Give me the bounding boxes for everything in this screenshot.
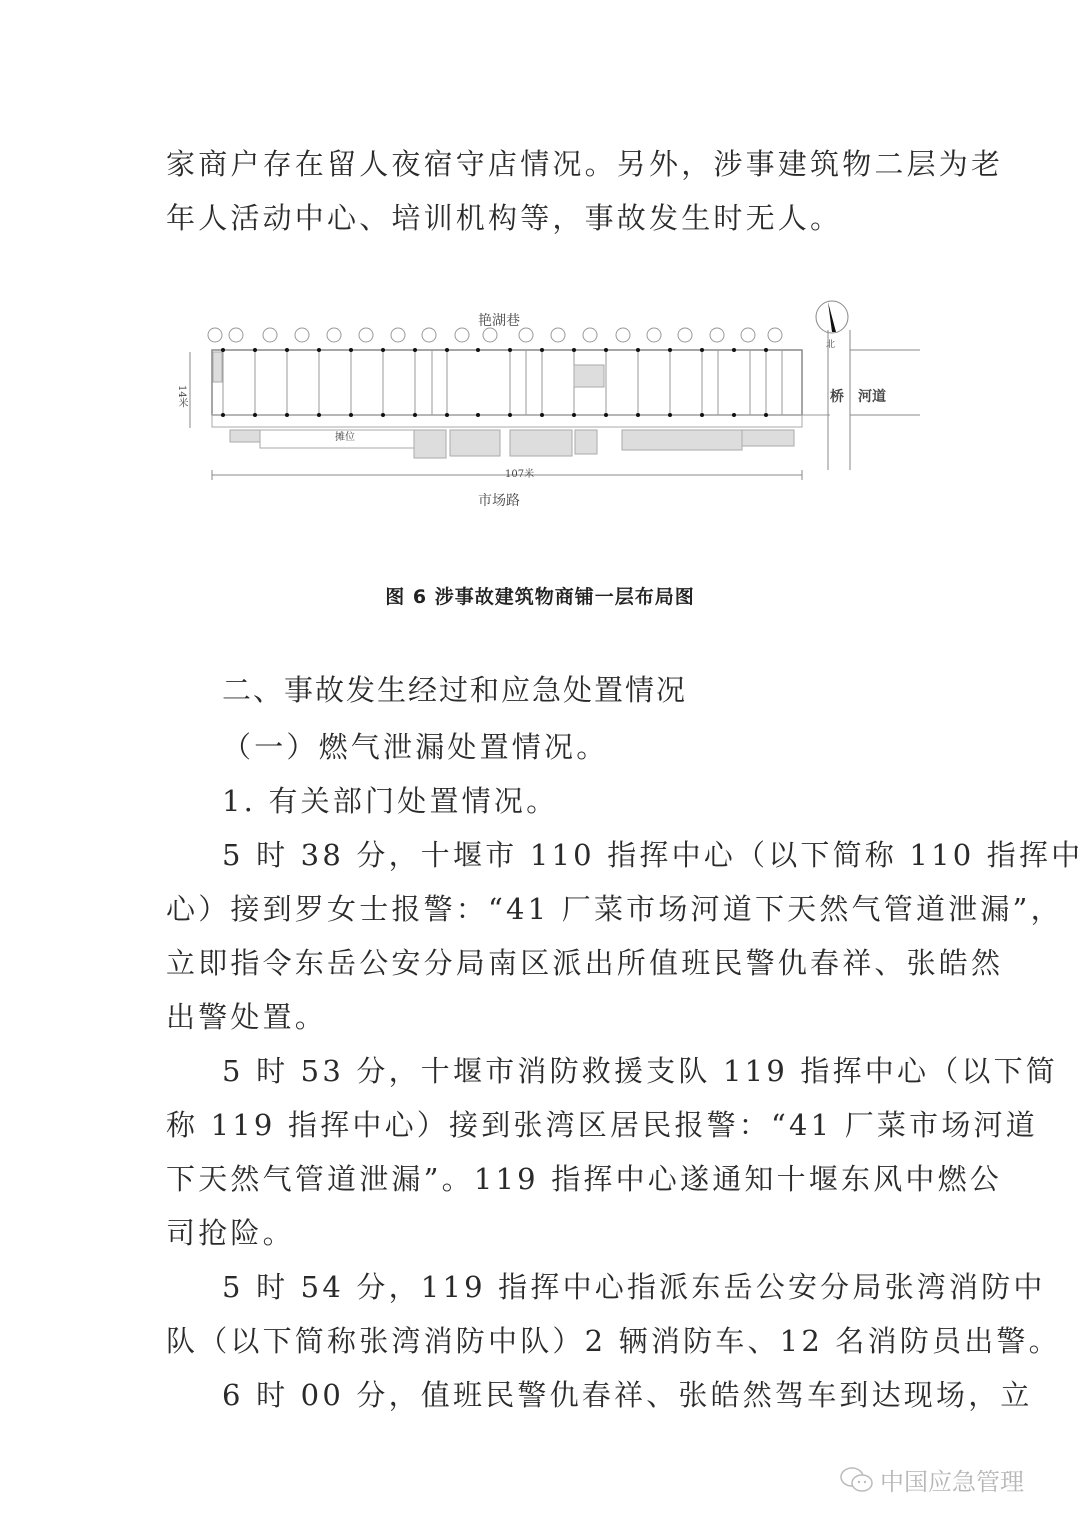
body-line: 下天然气管道泄漏”。119 指挥中心遂通知十堰东风中燃公: [166, 1165, 1002, 1194]
body-line: 立即指令东岳公安分局南区派出所值班民警仇春祥、张皓然: [166, 949, 1003, 978]
bridge-label: 桥: [830, 386, 844, 406]
body-line: 6 时 00 分，值班民警仇春祥、张皓然驾车到达现场，立: [222, 1381, 1033, 1410]
paragraph-line: 家商户存在留人夜宿守店情况。另外，涉事建筑物二层为老: [166, 150, 1003, 179]
watermark: 中国应急管理: [840, 1462, 1024, 1497]
watermark-text: 中国应急管理: [880, 1462, 1024, 1497]
body-line: 5 时 54 分，119 指挥中心指派东岳公安分局张湾消防中: [222, 1273, 1046, 1302]
river-label: 河道: [858, 386, 886, 406]
body-line: 心）接到罗女士报警：“41 厂菜市场河道下天然气管道泄漏”，: [166, 895, 1063, 924]
figure-caption: 图 6 涉事故建筑物商铺一层布局图: [0, 582, 1080, 609]
floor-plan-diagram: 艳湖巷 市场路 107米 14米 摊位 北 桥 河道: [160, 290, 920, 530]
length-label: 107米: [505, 465, 534, 480]
body-line: 队（以下简称张湾消防中队）2 辆消防车、12 名消防员出警。: [166, 1327, 1061, 1356]
wechat-icon: [840, 1466, 874, 1494]
body-line: 5 时 38 分，十堰市 110 指挥中心（以下简称 110 指挥中: [222, 841, 1080, 870]
stall-label: 摊位: [335, 428, 355, 443]
subsubsection-heading: 1. 有关部门处置情况。: [222, 787, 558, 816]
body-line: 称 119 指挥中心）接到张湾区居民报警：“41 厂菜市场河道: [166, 1111, 1038, 1140]
depth-label: 14米: [174, 385, 189, 408]
body-line: 出警处置。: [166, 1003, 327, 1032]
north-label: 北: [826, 337, 835, 350]
section-heading: 二、事故发生经过和应急处置情况: [222, 676, 687, 705]
body-line: 5 时 53 分，十堰市消防救援支队 119 指挥中心（以下简: [222, 1057, 1058, 1086]
north-street-label: 艳湖巷: [478, 310, 520, 330]
subsection-heading: （一）燃气泄漏处置情况。: [222, 733, 608, 762]
south-street-label: 市场路: [478, 490, 520, 510]
north-arrow-icon: [828, 302, 836, 332]
body-line: 司抢险。: [166, 1219, 295, 1248]
floor-plan-drawing: [160, 290, 920, 530]
paragraph-line: 年人活动中心、培训机构等，事故发生时无人。: [166, 204, 842, 233]
